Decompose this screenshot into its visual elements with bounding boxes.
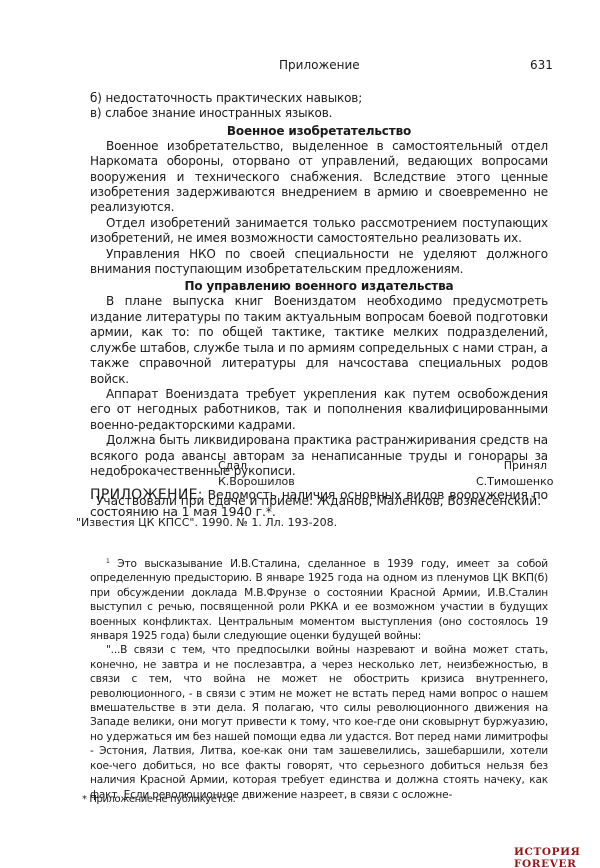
main-text: б) недостаточность практических навыков;…	[90, 91, 548, 519]
paragraph: Управления НКО по своей специальности не…	[90, 247, 548, 278]
paragraph: Военное изобретательство, выделенное в с…	[90, 139, 548, 216]
handed-over-name: К.Ворошилов	[218, 474, 295, 490]
running-head-title: Приложение	[279, 58, 360, 72]
signature-accepted: Принял С.Тимошенко	[476, 458, 547, 490]
footnote-marker: 1	[106, 558, 110, 565]
footnote-paragraph: 1 Это высказывание И.В.Сталина, сделанно…	[90, 555, 548, 643]
source-citation: "Известия ЦК КПСС". 1990. № 1. Лл. 193-2…	[76, 516, 337, 529]
footnote: 1 Это высказывание И.В.Сталина, сделанно…	[90, 555, 548, 802]
document-page: Приложение 631 б) недостаточность практи…	[0, 0, 600, 868]
paragraph: Отдел изобретений занимается только расс…	[90, 216, 548, 247]
asterisk-note: * Приложение не публикуется.	[82, 794, 235, 805]
watermark-logo: ИСТОРИЯ FOREVER	[514, 846, 600, 868]
list-item-v: в) слабое знание иностранных языков.	[90, 106, 548, 121]
paragraph: В плане выпуска книг Воениздатом необход…	[90, 294, 548, 386]
handed-over-label: Сдал	[218, 458, 295, 474]
footnote-text: Это высказывание И.В.Сталина, сделанное …	[90, 558, 548, 642]
participants-line: Участвовали при сдаче и приеме: Жданов, …	[96, 494, 541, 508]
running-head: Приложение 631	[0, 58, 600, 74]
paragraph: Аппарат Воениздата требует укрепления ка…	[90, 387, 548, 433]
section-heading-publishing: По управлению военного издательства	[90, 279, 548, 294]
section-heading-inventions: Военное изобретательство	[90, 124, 548, 139]
accepted-label: Принял	[476, 458, 547, 474]
signature-handed-over: Сдал К.Ворошилов	[218, 458, 295, 490]
footnote-quote: "...В связи с тем, что предпосылки войны…	[90, 643, 548, 801]
list-item-b: б) недостаточность практических навыков;	[90, 91, 548, 106]
accepted-name: С.Тимошенко	[476, 474, 547, 490]
page-number: 631	[530, 58, 553, 72]
